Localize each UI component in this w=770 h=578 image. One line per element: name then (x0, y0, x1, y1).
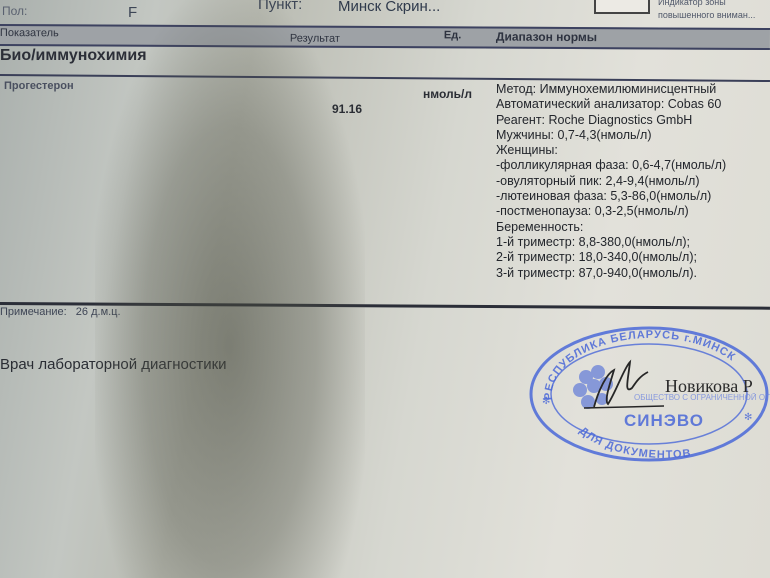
stamp-org-name: СИНЭВО (624, 411, 704, 430)
sex-label: Пол: (2, 4, 27, 18)
range-line: -овуляторный пик: 2,4-9,4(нмоль/л) (496, 174, 726, 189)
divider (0, 74, 770, 82)
note: Примечание: 26 д.м.ц. (0, 306, 127, 318)
range-line: -лютеиновая фаза: 5,3-86,0(нмоль/л) (496, 189, 726, 204)
column-header-range: Диапазон нормы (496, 30, 597, 45)
column-header-unit: Ед. (444, 29, 461, 41)
range-line: 1-й триместр: 8,8-380,0(нмоль/л); (496, 235, 726, 250)
signatory-name: Новикова Р (665, 376, 753, 397)
note-value: 26 д.м.ц. (76, 306, 121, 318)
section-title: Био/иммунохимия (0, 47, 147, 65)
range-line: Женщины: (496, 143, 726, 158)
sex-value: F (128, 4, 137, 21)
range-line: -фолликулярная фаза: 0,6-4,7(нмоль/л) (496, 158, 726, 173)
parameter-name: Прогестерон (4, 80, 74, 92)
column-header-result: Результат (290, 33, 340, 45)
reference-range: Метод: Иммунохемилюминисцентный Автомати… (496, 82, 726, 281)
stamp-icon: РЕСПУБЛИКА БЕЛАРУСЬ г.МИНСК ДЛЯ ДОКУМЕНТ… (524, 322, 770, 472)
range-line: Беременность: (496, 220, 726, 235)
point-value: Минск Скрин... (338, 0, 440, 15)
range-line: Метод: Иммунохемилюминисцентный (496, 82, 726, 97)
range-line: Автоматический анализатор: Cobas 60 (496, 97, 726, 112)
point-label: Пункт: (258, 0, 302, 13)
doctor-title: Врач лабораторной диагностики (0, 356, 227, 373)
lab-report-paper: Пол: F Пункт: Минск Скрин... Индикатор з… (0, 0, 770, 578)
result-unit: нмоль/л (423, 87, 472, 101)
svg-text:✻: ✻ (542, 396, 550, 407)
range-line: -постменопауза: 0,3-2,5(нмоль/л) (496, 204, 726, 219)
photo-shadow (95, 0, 365, 578)
range-line: Реагент: Roche Diagnostics GmbH (496, 113, 726, 128)
result-value: 91.16 (332, 102, 362, 116)
attention-indicator-label: Индикатор зоны повышенного вниман... (658, 0, 770, 22)
attention-indicator-box (594, 0, 650, 14)
range-line: 2-й триместр: 18,0-340,0(нмоль/л); (496, 250, 726, 265)
range-line: Мужчины: 0,7-4,3(нмоль/л) (496, 128, 726, 143)
range-line: 3-й триместр: 87,0-940,0(нмоль/л). (496, 266, 726, 281)
note-label: Примечание: (0, 306, 67, 318)
svg-text:✻: ✻ (744, 412, 752, 423)
column-header-parameter: Показатель (0, 27, 59, 39)
